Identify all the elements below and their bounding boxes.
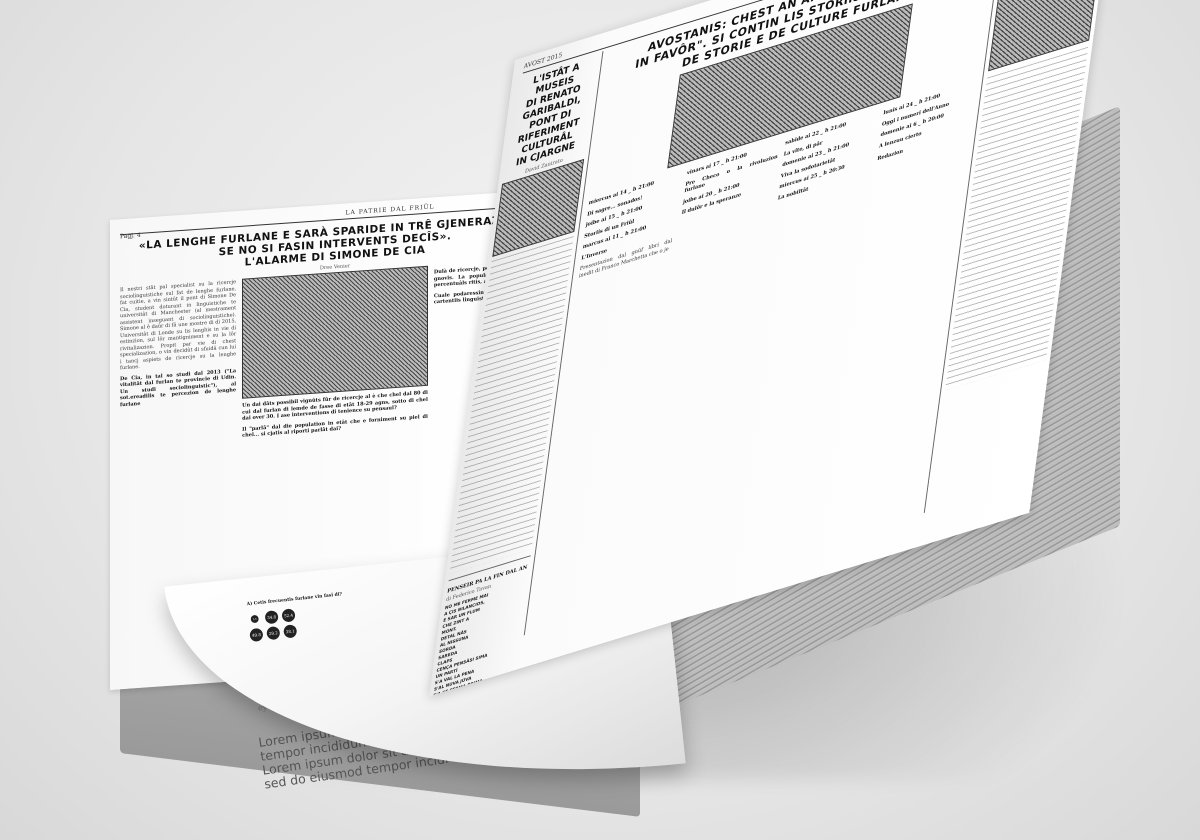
left-page-number: Pagj. 4 (120, 232, 141, 240)
article-column: Il nestri stât pal specialist su la rice… (120, 279, 236, 452)
event-column: miercus ai 14 _ h 21:00 Di sagre... sona… (578, 168, 682, 284)
right-main-article: AVOSTANIS: CHEST AN AI COLONOS "IN ONÔR,… (524, 0, 1003, 635)
bubble-chart-a: 3.5 34.8 52.4 49.8 29.2 38.1 (248, 603, 346, 642)
chart-a: A) Cetis frecuentis furlane vin fasî di?… (246, 588, 346, 642)
magazine-spread-scene: consectetur adipiscing eye consect, adip… (0, 0, 1200, 840)
cartoon-illustration (242, 266, 428, 399)
article-column-with-illustration: Un dai dâts possibil vignûts fûr de rice… (242, 266, 428, 443)
